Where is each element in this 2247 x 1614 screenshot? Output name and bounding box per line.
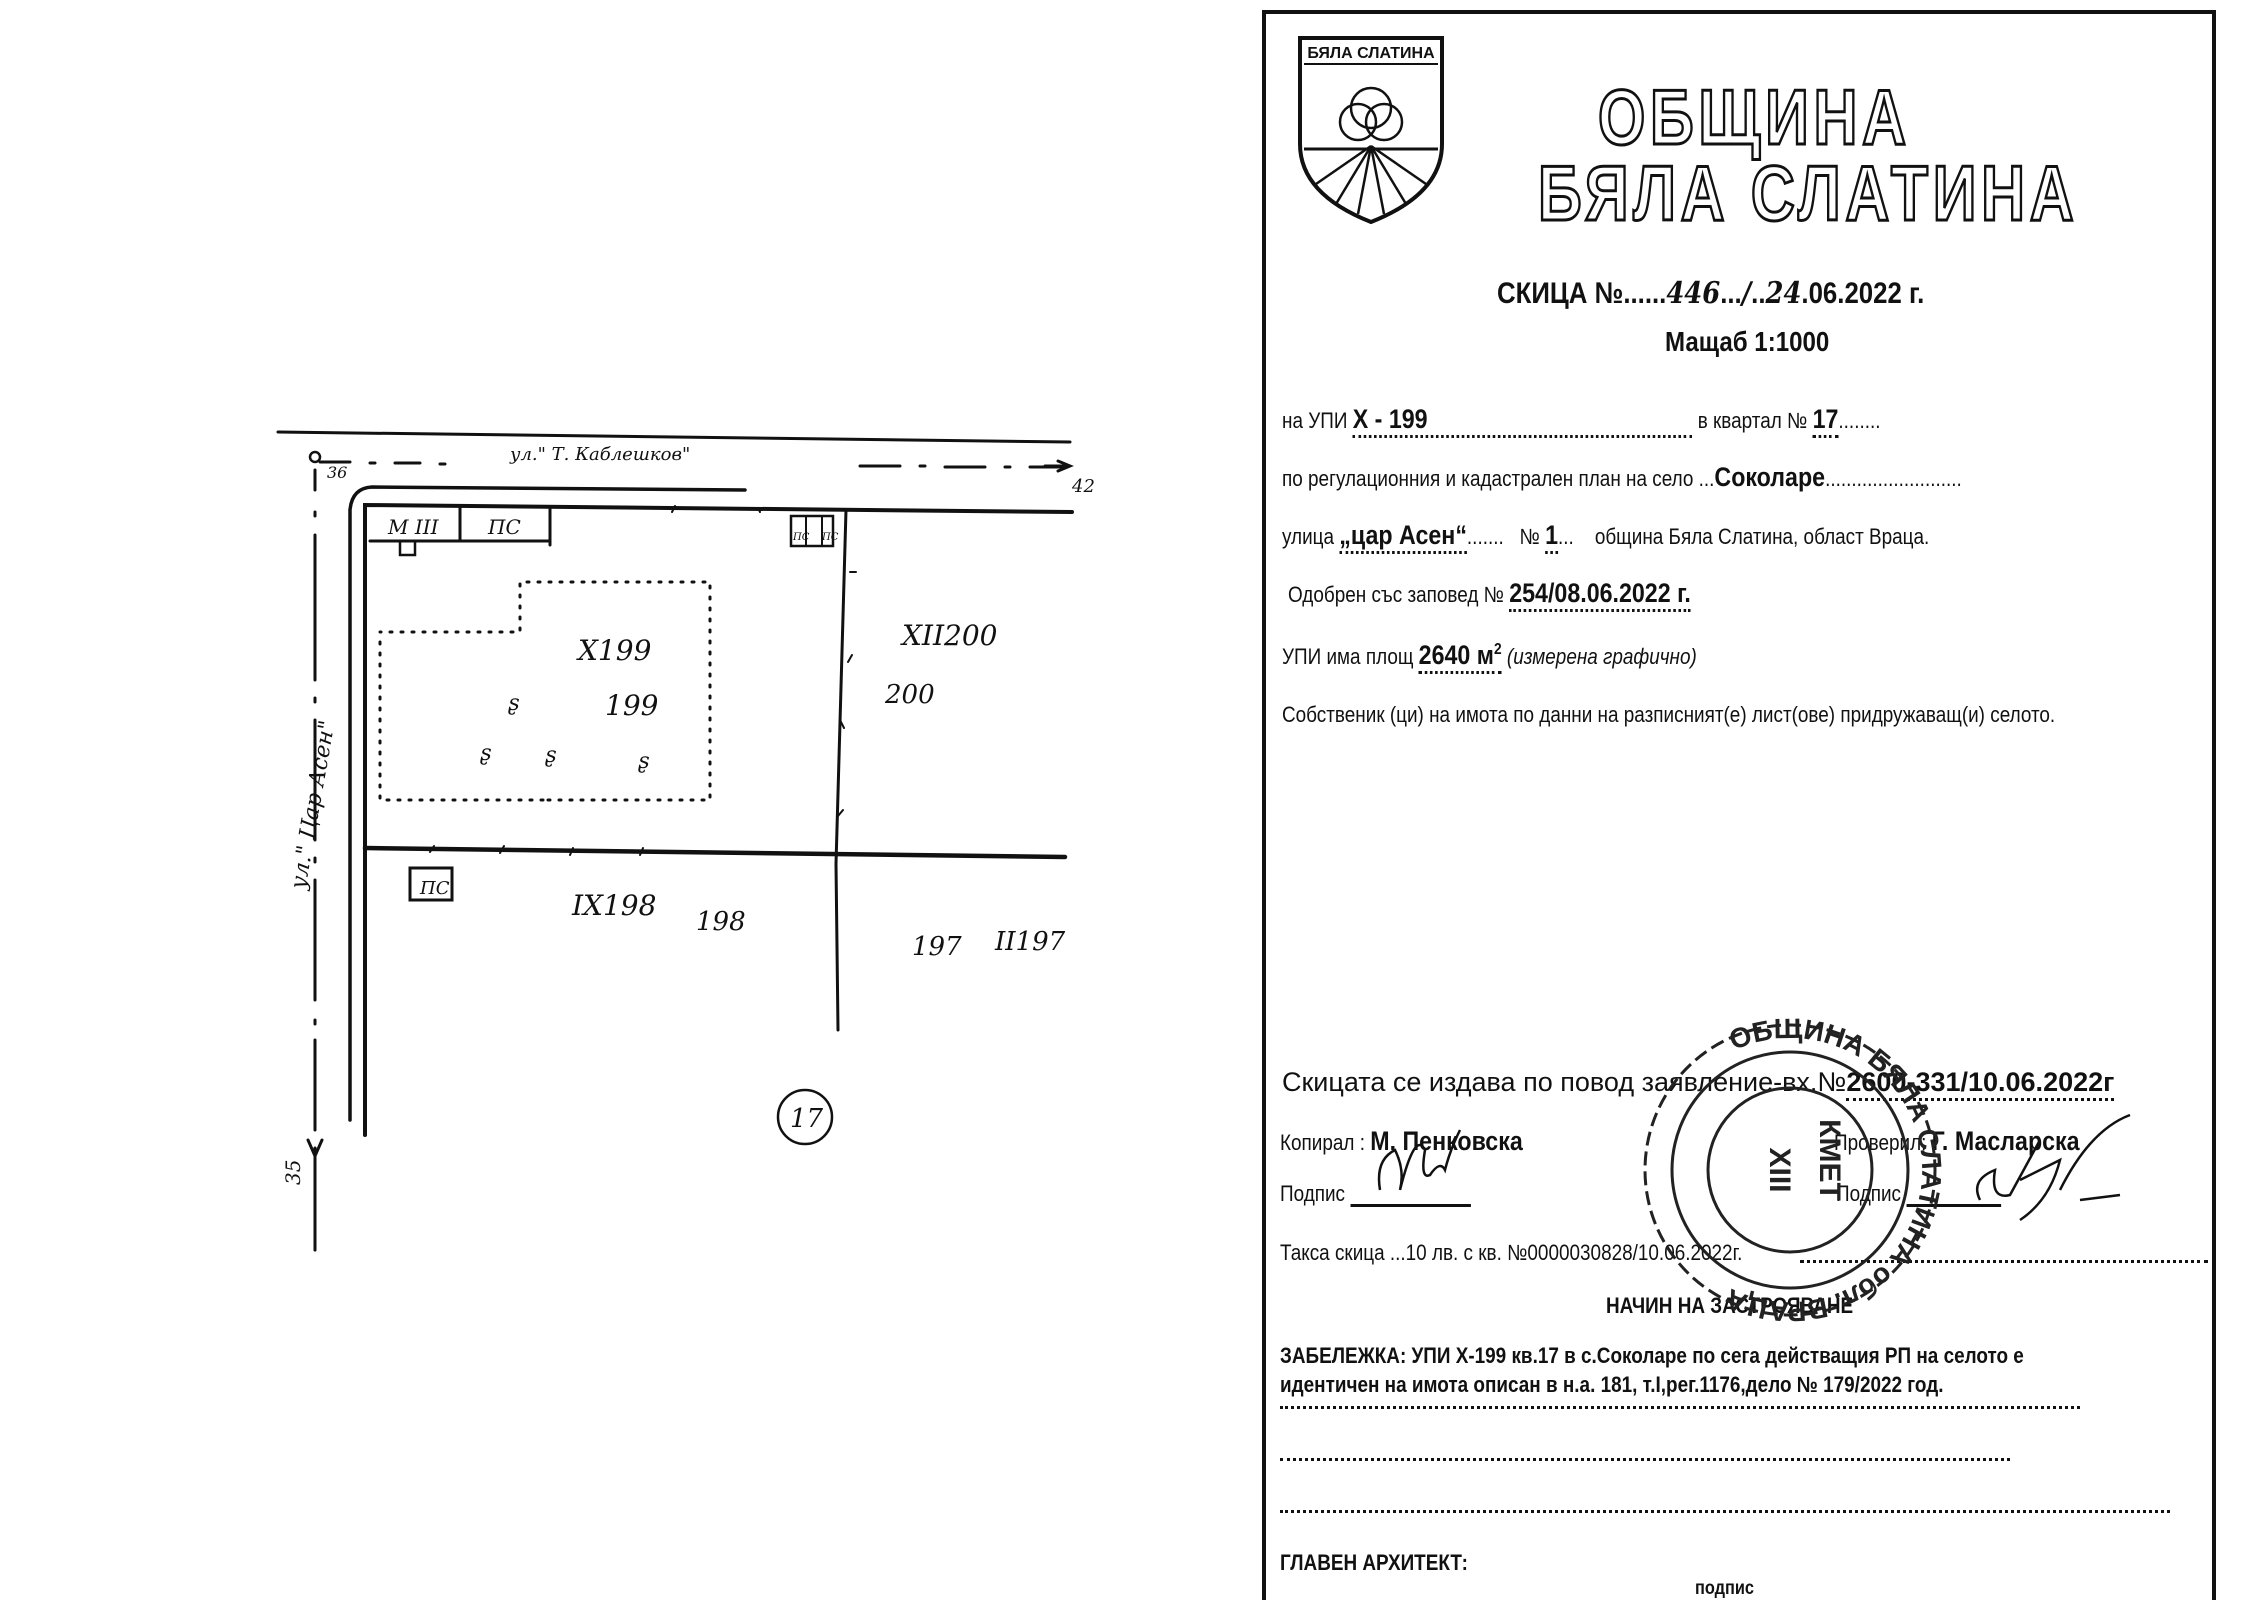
plan-line: по регулационния и кадастрален план на с…	[1282, 462, 1962, 493]
node-42-label: 42	[1071, 476, 1095, 497]
signature-penkovska-icon	[1370, 1120, 1480, 1200]
title-town: БЯЛА СЛАТИНА	[1538, 148, 2078, 239]
node-35-label: 35	[281, 1160, 305, 1185]
blank-line-2	[1280, 1458, 2010, 1461]
upi-line: на УПИ Х - 199 в квартал № 17........	[1282, 404, 1880, 438]
street-value: „цар Асен“	[1339, 520, 1467, 554]
street-number: 1	[1545, 520, 1558, 554]
construction-title: НАЧИН НА ЗАСТРОЯВАНЕ	[1606, 1293, 1853, 1319]
sketch-number-line: СКИЦА №......446.../..24.06.2022 г.	[1497, 276, 1924, 311]
street-line: улица „цар Асен“....... № 1... община Бя…	[1282, 520, 1929, 554]
parcel-200-plot: 200	[884, 680, 935, 710]
issued-value: 2600-331/10.06.2022г	[1846, 1067, 2114, 1101]
svg-text:БЯЛА СЛАТИНА: БЯЛА СЛАТИНА	[1307, 45, 1435, 62]
building-label-m3: М III	[387, 515, 440, 539]
signature-maslarska-icon	[1960, 1110, 2160, 1230]
street-top-label: ул." Т. Каблешков"	[509, 444, 690, 465]
municipality-crest-icon: БЯЛА СЛАТИНА	[1296, 34, 1446, 224]
parcel-197-plot: 197	[912, 932, 962, 962]
building-label-ps-3: ПС	[821, 532, 839, 543]
owner-line: Собственик (ци) на имота по данни на раз…	[1282, 702, 2055, 728]
blank-line-1	[1280, 1406, 2080, 1409]
building-label-ps-4: ПС	[419, 878, 450, 899]
signature-caption: подпис	[1695, 1578, 1754, 1600]
parcel-xii200-upi: XII200	[900, 619, 998, 652]
approved-line: Одобрен със заповед № 254/08.06.2022 г.	[1288, 578, 1691, 612]
parcel-x199-upi: X199	[576, 634, 651, 667]
upi-value: Х - 199	[1353, 404, 1693, 438]
parcel-ix198-upi: IX198	[571, 889, 656, 922]
note-line-2: идентичен на имота описан в н.а. 181, т.…	[1280, 1372, 1944, 1398]
area-value: 2640 м2	[1419, 640, 1502, 674]
svg-text:ʂ: ʂ	[508, 691, 519, 716]
node-36-label: 36	[327, 463, 347, 482]
building-label-ps-2: ПС	[792, 532, 810, 543]
chief-architect-label: ГЛАВЕН АРХИТЕКТ:	[1280, 1550, 1468, 1576]
issued-line: Скицата се издава по повод заявление-вх.…	[1282, 1067, 2114, 1101]
svg-text:ʂ: ʂ	[638, 749, 649, 774]
block-value: 17	[1813, 404, 1839, 438]
parcel-ii197-upi: II197	[994, 927, 1066, 957]
cadastral-sketch: ул." Т. Каблешков" 36 42 35 ул." Цар Асе…	[0, 0, 1120, 1614]
area-line: УПИ има площ 2640 м2 (измерена графично)	[1282, 640, 1697, 674]
parcel-198-plot: 198	[696, 907, 746, 937]
approved-value: 254/08.06.2022 г.	[1509, 578, 1691, 612]
svg-text:ʂ: ʂ	[480, 741, 491, 766]
svg-text:ʂ: ʂ	[545, 743, 556, 768]
building-label-ps-1: ПС	[487, 515, 521, 539]
scale-label: Мащаб 1:1000	[1665, 326, 1829, 358]
parcel-199-plot: 199	[605, 689, 658, 722]
fee-line: Такса скица ...10 лв. с кв. №0000030828/…	[1280, 1240, 1742, 1266]
block-number: 17	[790, 1104, 824, 1134]
sketch-day: 24	[1765, 276, 1801, 311]
village-value: Соколаре	[1714, 462, 1825, 492]
sketch-number: 446	[1666, 276, 1720, 311]
blank-line-3	[1280, 1510, 2170, 1513]
street-left-label: ул." Цар Асен"	[286, 718, 340, 892]
note-line-1: ЗАБЕЛЕЖКА: УПИ Х-199 кв.17 в с.Соколаре …	[1280, 1343, 2024, 1369]
